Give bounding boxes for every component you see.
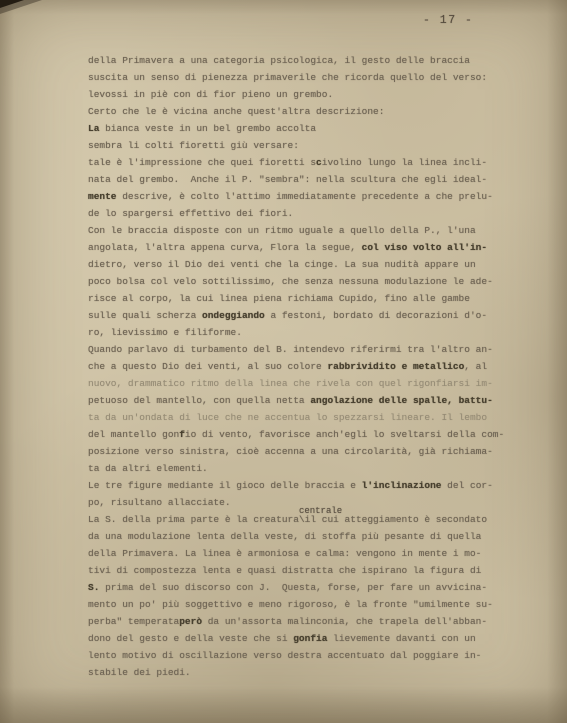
text-segment: dietro, verso il Dio dei venti che la ci… xyxy=(88,259,476,270)
text-segment: tivi di compostezza lenta e quasi distra… xyxy=(88,565,481,576)
text-line: mento un po' più soggettivo e meno rigor… xyxy=(88,596,528,613)
text-line: che a questo Dio dei venti, al suo color… xyxy=(88,358,528,375)
text-line: sulle quali scherza ondeggiando a feston… xyxy=(88,307,528,324)
text-line: petuoso del mantello, con quella netta a… xyxy=(88,392,528,409)
text-line: dono del gesto e della veste che si gonf… xyxy=(88,630,528,647)
text-line: nata del grembo. Anche il P. "sembra": n… xyxy=(88,171,528,188)
document-page: - 17 - della Primavera a una categoria p… xyxy=(0,0,567,723)
text-segment: tale è l'impressione che quei fioretti s xyxy=(88,157,316,168)
text-segment: po, risultano allacciate. xyxy=(88,497,231,508)
text-segment: a festoni, bordato di decorazioni d'o- xyxy=(265,310,487,321)
text-line: posizione verso sinistra, cioè accenna a… xyxy=(88,443,528,460)
text-line: mente descrive, è colto l'attimo immedia… xyxy=(88,188,528,205)
text-segment: della Primavera. La linea è armoniosa e … xyxy=(88,548,481,559)
text-segment: però xyxy=(179,616,202,627)
text-segment: , al xyxy=(464,361,487,372)
text-segment: poco bolsa col velo sottilissimo, che se… xyxy=(88,276,493,287)
text-segment: da una modulazione lenta della veste, di… xyxy=(88,531,481,542)
text-line: risce al corpo, la cui linea piena richi… xyxy=(88,290,528,307)
text-line: Certo che le è vicina anche quest'altra … xyxy=(88,103,528,120)
text-line: da una modulazione lenta della veste, di… xyxy=(88,528,528,545)
text-line: ro, lievissimo e filiforme. xyxy=(88,324,528,341)
text-segment: l'inclinazione xyxy=(362,480,442,491)
text-line: della Primavera. La linea è armoniosa e … xyxy=(88,545,528,562)
text-segment: dono del gesto e della veste che si xyxy=(88,633,293,644)
text-line: suscita un senso di pienezza primaverile… xyxy=(88,69,528,86)
text-segment: da un'assorta malinconia, che trapela de… xyxy=(202,616,487,627)
page-number: - 17 - xyxy=(423,14,473,27)
text-segment: Con le braccia disposte con un ritmo ugu… xyxy=(88,225,476,236)
text-segment: gonfia xyxy=(293,633,327,644)
text-line: poco bolsa col velo sottilissimo, che se… xyxy=(88,273,528,290)
text-line: La bianca veste in un bel grembo accolta xyxy=(88,120,528,137)
text-line: Le tre figure mediante il gioco delle br… xyxy=(88,477,528,494)
text-segment: mento un po' più soggettivo e meno rigor… xyxy=(88,599,493,610)
text-segment: del cor- xyxy=(441,480,492,491)
text-segment: angolata, l'altra appena curva, Flora la… xyxy=(88,242,362,253)
text-line: Con le braccia disposte con un ritmo ugu… xyxy=(88,222,528,239)
text-segment: La xyxy=(88,123,105,134)
text-segment: nata del grembo. Anche il P. "sembra": n… xyxy=(88,174,487,185)
text-segment: angolazione delle spalle, battu- xyxy=(310,395,492,406)
text-segment: ondeggiando xyxy=(202,310,265,321)
text-segment: perba" temperata xyxy=(88,616,179,627)
text-segment: lievemente davanti con un xyxy=(327,633,475,644)
text-line: sembra li colti fioretti giù versare: xyxy=(88,137,528,154)
text-segment: risce al corpo, la cui linea piena richi… xyxy=(88,293,470,304)
text-line: lento motivo di oscillazione verso destr… xyxy=(88,647,528,664)
text-segment: bianca veste in un bel grembo accolta xyxy=(105,123,316,134)
text-segment: de lo spargersi effettivo dei fiori. xyxy=(88,208,293,219)
body-text: della Primavera a una categoria psicolog… xyxy=(88,52,528,681)
text-segment: petuoso del mantello, con quella netta xyxy=(88,395,310,406)
text-line: tivi di compostezza lenta e quasi distra… xyxy=(88,562,528,579)
text-segment: Le tre figure mediante il gioco delle br… xyxy=(88,480,362,491)
text-segment: del mantello gon xyxy=(88,429,179,440)
text-segment: Il lembo xyxy=(436,412,487,423)
text-line: stabile dei piedi. xyxy=(88,664,528,681)
text-segment: ro, lievissimo e filiforme. xyxy=(88,327,242,338)
text-segment: stabile dei piedi. xyxy=(88,667,191,678)
text-segment: Certo che le è vicina anche quest'altra … xyxy=(88,106,384,117)
text-line: La S. della prima parte è la creaturacen… xyxy=(88,511,528,528)
text-segment: prima del suo discorso con J. Questa, fo… xyxy=(99,582,487,593)
text-segment: ta da un'ondata di luce che ne accentua … xyxy=(88,412,436,423)
text-segment: io di vento, favorisce anch'egli lo svel… xyxy=(185,429,504,440)
text-segment: nuovo, drammatico ritmo della linea che … xyxy=(88,378,493,389)
text-segment: posizione verso sinistra, cioè accenna a… xyxy=(88,446,493,457)
text-line: angolata, l'altra appena curva, Flora la… xyxy=(88,239,528,256)
text-line: Quando parlavo di turbamento del B. inte… xyxy=(88,341,528,358)
text-segment: che a questo Dio dei venti, al suo color… xyxy=(88,361,327,372)
text-segment: mente xyxy=(88,191,117,202)
text-line: della Primavera a una categoria psicolog… xyxy=(88,52,528,69)
text-segment: rabbrividito e metallico xyxy=(327,361,464,372)
photo-corner-shadow xyxy=(0,0,42,14)
text-line: nuovo, drammatico ritmo della linea che … xyxy=(88,375,528,392)
text-line: de lo spargersi effettivo dei fiori. xyxy=(88,205,528,222)
text-segment: suscita un senso di pienezza primaverile… xyxy=(88,72,487,83)
text-line: tale è l'impressione che quei fioretti s… xyxy=(88,154,528,171)
text-segment: sulle quali scherza xyxy=(88,310,202,321)
text-line: del mantello gonfio di vento, favorisce … xyxy=(88,426,528,443)
text-segment: levossi in piè con di fior pieno un grem… xyxy=(88,89,333,100)
text-segment: ta da altri elementi. xyxy=(88,463,208,474)
text-line: levossi in piè con di fior pieno un grem… xyxy=(88,86,528,103)
text-line: S. prima del suo discorso con J. Questa,… xyxy=(88,579,528,596)
text-segment: descrive, è colto l'attimo immediatament… xyxy=(117,191,493,202)
text-line: ta da un'ondata di luce che ne accentua … xyxy=(88,409,528,426)
text-line: perba" temperataperò da un'assorta malin… xyxy=(88,613,528,630)
text-line: dietro, verso il Dio dei venti che la ci… xyxy=(88,256,528,273)
text-segment: ivolino lungo la linea incli- xyxy=(322,157,487,168)
text-segment: col viso volto all'in- xyxy=(362,242,487,253)
text-segment: La S. della prima parte è la creatura xyxy=(88,514,299,525)
text-segment: Quando parlavo di turbamento del B. inte… xyxy=(88,344,493,355)
text-segment: sembra li colti fioretti giù versare: xyxy=(88,140,299,151)
inserted-word: centrale xyxy=(299,503,342,520)
text-segment: della Primavera a una categoria psicolog… xyxy=(88,55,470,66)
text-segment: S. xyxy=(88,582,99,593)
text-line: ta da altri elementi. xyxy=(88,460,528,477)
text-segment: lento motivo di oscillazione verso destr… xyxy=(88,650,481,661)
